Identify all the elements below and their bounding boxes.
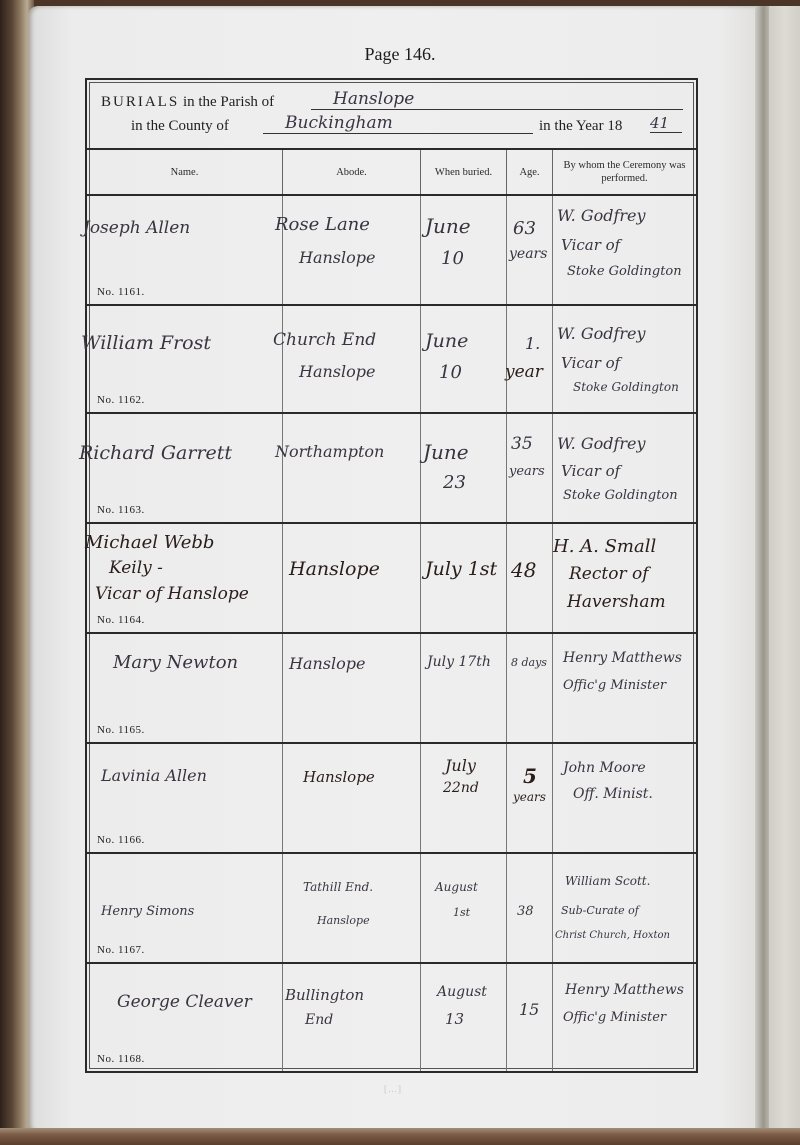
entry-row-1166: Lavinia Allen No. 1166. Hanslope July 22…	[87, 744, 696, 854]
entry-row-1168: George Cleaver No. 1168. Bullington End …	[87, 964, 696, 1071]
abode-line-2: Hanslope	[299, 248, 375, 267]
burial-day: 10	[441, 248, 464, 269]
entry-row-1161: Joseph Allen No. 1161. Rose Lane Hanslop…	[87, 196, 696, 306]
officiant-cell: W. Godfrey Vicar of Stoke Goldington	[553, 414, 696, 522]
column-header-abode: Abode.	[283, 150, 421, 194]
abode-cell: Tathill End. Hanslope	[283, 854, 421, 962]
entry-row-1162: William Frost No. 1162. Church End Hansl…	[87, 306, 696, 414]
burial-month: June	[425, 214, 471, 238]
age-cell: 63 years	[507, 196, 553, 304]
burial-month: August	[435, 880, 478, 894]
officiant-parish: Stoke Goldington	[563, 488, 678, 503]
abode-line-1: Tathill End.	[303, 880, 373, 894]
officiant-title: Rector of	[569, 564, 649, 584]
abode-cell: Northampton	[283, 414, 421, 522]
column-header-age: Age.	[507, 150, 553, 194]
abode-line-1: Hanslope	[303, 768, 375, 786]
entry-number: No. 1162.	[97, 394, 145, 406]
footer-stamp: […]	[384, 1084, 402, 1094]
abode-line-2: End	[305, 1012, 333, 1028]
abode-cell: Hanslope	[283, 634, 421, 742]
officiant-title: Sub-Curate of	[561, 904, 639, 917]
name-cell: Mary Newton No. 1165.	[87, 634, 283, 742]
when-buried-cell: July 1st	[421, 524, 507, 632]
entry-number: No. 1161.	[97, 286, 145, 298]
entry-number: No. 1166.	[97, 834, 145, 846]
officiant-cell: W. Godfrey Vicar of Stoke Goldington	[553, 196, 696, 304]
officiant-cell: William Scott. Sub-Curate of Christ Chur…	[553, 854, 696, 962]
age-value: 38	[517, 904, 534, 919]
when-buried-cell: June 23	[421, 414, 507, 522]
burial-month: June	[425, 330, 468, 352]
burial-day: 1st	[453, 906, 470, 919]
burial-day: 23	[443, 472, 466, 493]
age-cell: 5 years	[507, 744, 553, 852]
parish-heading-line: BURIALS in the Parish of	[101, 94, 274, 111]
burial-register-table: BURIALS in the Parish of Hanslope in the…	[85, 78, 698, 1073]
name-cell: William Frost No. 1162.	[87, 306, 283, 412]
age-cell: 35 years	[507, 414, 553, 522]
abode-cell: Hanslope	[283, 744, 421, 852]
name-value: Mary Newton	[113, 652, 238, 673]
parish-field: Hanslope	[311, 90, 683, 110]
age-cell: 8 days	[507, 634, 553, 742]
name-cell: Henry Simons No. 1167.	[87, 854, 283, 962]
officiant-parish: Christ Church, Hoxton	[555, 930, 670, 941]
burials-heading: BURIALS	[101, 94, 179, 110]
abode-line-1: Rose Lane	[275, 214, 370, 235]
when-buried-cell: August 13	[421, 964, 507, 1071]
officiant-cell: John Moore Off. Minist.	[553, 744, 696, 852]
entry-number: No. 1163.	[97, 504, 145, 516]
officiant-parish: Haversham	[567, 592, 666, 612]
age-value: 63	[513, 218, 536, 239]
name-line-1: Michael Webb	[85, 532, 214, 553]
abode-cell: Church End Hanslope	[283, 306, 421, 412]
name-cell: Michael Webb Keily - Vicar of Hanslope N…	[87, 524, 283, 632]
table-surface	[0, 1128, 800, 1145]
entry-number: No. 1167.	[97, 944, 145, 956]
name-cell: Joseph Allen No. 1161.	[87, 196, 283, 304]
officiant-name: H. A. Small	[553, 536, 656, 557]
burial-day: 13	[445, 1010, 464, 1028]
abode-cell: Hanslope	[283, 524, 421, 632]
officiant-name: W. Godfrey	[557, 324, 646, 343]
when-buried-cell: June 10	[421, 306, 507, 412]
officiant-title: Off. Minist.	[573, 786, 653, 802]
officiant-cell: H. A. Small Rector of Haversham	[553, 524, 696, 632]
abode-line-1: Bullington	[285, 986, 364, 1004]
column-header-name: Name.	[87, 150, 283, 194]
officiant-name: Henry Matthews	[563, 650, 682, 666]
officiant-parish: Stoke Goldington	[567, 264, 682, 279]
officiant-name: William Scott.	[565, 874, 650, 888]
abode-line-1: Hanslope	[289, 558, 380, 580]
column-header-officiant: By whom the Ceremony was performed.	[553, 150, 696, 194]
age-value: 48	[511, 558, 536, 582]
column-header-row: Name. Abode. When buried. Age. By whom t…	[87, 150, 696, 196]
officiant-title: Offic'g Minister	[563, 678, 666, 693]
name-cell: George Cleaver No. 1168.	[87, 964, 283, 1071]
entry-number: No. 1168.	[97, 1053, 145, 1065]
name-value: Richard Garrett	[79, 442, 232, 464]
entry-row-1164: Michael Webb Keily - Vicar of Hanslope N…	[87, 524, 696, 634]
burial-day: 22nd	[443, 780, 479, 796]
entry-row-1163: Richard Garrett No. 1163. Northampton Ju…	[87, 414, 696, 524]
age-cell: 48	[507, 524, 553, 632]
county-field: Buckingham	[263, 114, 533, 134]
burial-date: July 17th	[427, 654, 491, 670]
name-line-3: Vicar of Hanslope	[95, 584, 249, 604]
when-buried-cell: June 10	[421, 196, 507, 304]
when-buried-cell: July 17th	[421, 634, 507, 742]
burial-month: June	[423, 440, 469, 464]
officiant-cell: W. Godfrey Vicar of Stoke Goldington	[553, 306, 696, 412]
age-cell: 1. year	[507, 306, 553, 412]
year-prefix: in the Year 18	[539, 118, 622, 135]
abode-line-1: Hanslope	[289, 654, 365, 673]
officiant-title: Vicar of	[561, 462, 620, 480]
officiant-name: W. Godfrey	[557, 206, 646, 225]
age-unit: year	[505, 362, 543, 382]
column-header-when-buried: When buried.	[421, 150, 507, 194]
parish-prefix: in the Parish of	[183, 94, 274, 110]
age-value: 15	[519, 1000, 539, 1019]
officiant-title: Vicar of	[561, 354, 620, 372]
age-cell: 38	[507, 854, 553, 962]
name-value: George Cleaver	[117, 992, 252, 1012]
book-gutter	[755, 6, 769, 1134]
when-buried-cell: July 22nd	[421, 744, 507, 852]
age-cell: 15	[507, 964, 553, 1071]
burial-day: 10	[439, 362, 462, 383]
abode-cell: Rose Lane Hanslope	[283, 196, 421, 304]
abode-line-1: Northampton	[275, 442, 384, 461]
adjacent-page-edge	[769, 6, 800, 1134]
year-field: 41	[650, 114, 682, 133]
age-unit: years	[509, 246, 547, 262]
register-heading: BURIALS in the Parish of Hanslope in the…	[87, 80, 696, 150]
abode-cell: Bullington End	[283, 964, 421, 1071]
when-buried-cell: August 1st	[421, 854, 507, 962]
entry-number: No. 1165.	[97, 724, 145, 736]
officiant-name: W. Godfrey	[557, 434, 646, 453]
burial-month: July	[445, 756, 476, 775]
name-line-2: Keily -	[109, 558, 163, 578]
officiant-name: Henry Matthews	[565, 982, 684, 998]
name-cell: Lavinia Allen No. 1166.	[87, 744, 283, 852]
name-value: Joseph Allen	[83, 218, 190, 238]
officiant-title: Offic'g Minister	[563, 1010, 666, 1025]
officiant-title: Vicar of	[561, 236, 620, 254]
entry-number: No. 1164.	[97, 614, 145, 626]
page-title: Page 146.	[0, 44, 800, 65]
abode-line-2: Hanslope	[317, 914, 370, 927]
name-value: Lavinia Allen	[101, 766, 207, 785]
entry-row-1165: Mary Newton No. 1165. Hanslope July 17th…	[87, 634, 696, 744]
county-prefix: in the County of	[131, 118, 229, 135]
officiant-parish: Stoke Goldington	[573, 380, 679, 394]
age-value: 35	[511, 434, 533, 454]
burial-month: August	[437, 984, 487, 1000]
entry-row-1167: Henry Simons No. 1167. Tathill End. Hans…	[87, 854, 696, 964]
age-value: 1.	[525, 334, 540, 353]
age-unit: years	[513, 790, 546, 804]
name-cell: Richard Garrett No. 1163.	[87, 414, 283, 522]
burial-date: July 1st	[425, 558, 497, 580]
officiant-cell: Henry Matthews Offic'g Minister	[553, 964, 696, 1071]
officiant-cell: Henry Matthews Offic'g Minister	[553, 634, 696, 742]
officiant-name: John Moore	[563, 760, 646, 776]
name-value: Henry Simons	[101, 904, 194, 919]
age-value: 5	[523, 764, 537, 788]
abode-line-1: Church End	[273, 330, 376, 350]
abode-line-2: Hanslope	[299, 362, 375, 381]
age-unit: years	[509, 464, 545, 479]
age-value: 8 days	[511, 656, 547, 669]
name-value: William Frost	[81, 332, 211, 354]
